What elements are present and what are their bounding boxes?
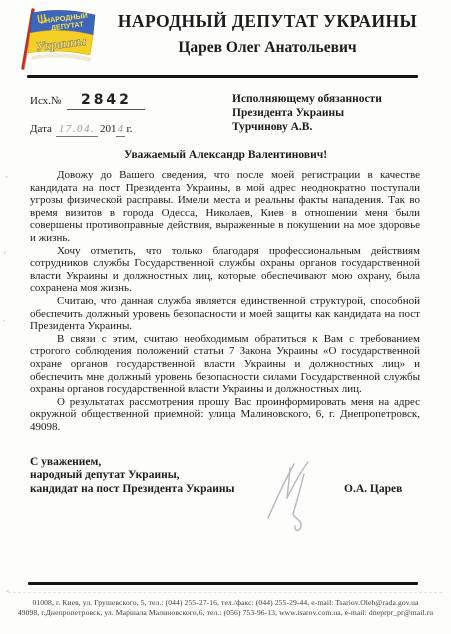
body-paragraph: В связи с этим, считаю необходимым обрат… (30, 333, 420, 396)
closing-block: С уважением, народный депутат Украины, к… (30, 456, 234, 496)
letter-page: НАРОДНЫЙ ДЕПУТАТ Украины НАРОДНЫЙ ДЕПУТА… (0, 0, 451, 634)
scan-speck (4, 251, 6, 254)
body-paragraph: Считаю, что данная служба является единс… (30, 295, 420, 333)
outgoing-number-value: 2842 (67, 92, 145, 110)
scan-speck (5, 176, 8, 178)
outgoing-number-label: Исх.№ (30, 95, 61, 107)
date-label: Дата (30, 123, 52, 135)
recipient-block: Исполняющему обязанности Президента Укра… (232, 92, 382, 134)
recipient-line: Турчинову А.В. (232, 120, 382, 134)
closing-line: народный депутат Украины, (30, 469, 234, 482)
letterhead: НАРОДНЫЙ ДЕПУТАТ УКРАИНЫ Царев Олег Анат… (100, 11, 435, 57)
footer-divider (28, 582, 418, 585)
handwritten-signature (260, 456, 340, 541)
closing-line: С уважением, (30, 456, 234, 469)
recipient-line: Президента Украины (232, 106, 382, 120)
scan-speck (3, 320, 5, 322)
recipient-line: Исполняющему обязанности (232, 92, 382, 106)
body-paragraph: Довожу до Вашего сведения, что после мое… (30, 169, 420, 245)
letterhead-deputy-name: Царев Олег Анатольевич (100, 39, 435, 57)
scan-fold-line (8, 592, 442, 593)
footer-line-dnepropetrovsk: 49098, г.Днепропетровск, ул. Маршала Мал… (0, 608, 451, 618)
date-year-printed: 201 (100, 123, 117, 135)
signer-name: О.А. Царев (344, 483, 402, 495)
letterhead-title: НАРОДНЫЙ ДЕПУТАТ УКРАИНЫ (100, 11, 435, 32)
body-paragraph: О результатах рассмотрения прошу Вас про… (30, 396, 420, 434)
date-handwritten-year-digit: 4 (116, 123, 125, 137)
closing-line: кандидат на пост Президента Украины (30, 483, 234, 496)
footer-contacts: 01008, г. Киев, ул. Грушевского, 5, тел.… (0, 598, 451, 618)
scan-speck (6, 590, 9, 592)
reference-block: Исх.№2842 Дата17.04.2014г. (30, 92, 145, 137)
footer-line-kyiv: 01008, г. Киев, ул. Грушевского, 5, тел.… (0, 598, 451, 608)
letter-body: Довожу до Вашего сведения, что после мое… (30, 169, 420, 433)
date-suffix: г. (126, 123, 132, 135)
ukraine-flag-badge-icon: НАРОДНЫЙ ДЕПУТАТ Украины (16, 4, 106, 74)
date-handwritten-day-month: 17.04. (56, 123, 98, 137)
body-paragraph: Хочу отметить, что только благодаря проф… (30, 245, 420, 295)
salutation: Уважаемый Александр Валентинович! (30, 149, 421, 161)
header-divider (27, 75, 418, 78)
